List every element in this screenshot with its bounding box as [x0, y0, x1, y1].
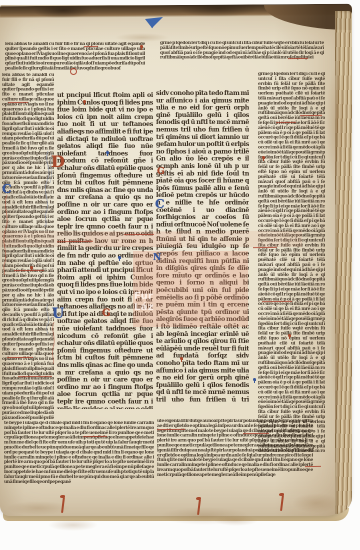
parchment-stain: [48, 519, 98, 531]
rubric-mark: [124, 234, 154, 236]
paraph-mark: [118, 256, 121, 259]
decorated-initial: C: [155, 198, 165, 210]
paraph-mark: [106, 151, 109, 154]
paraph-mark: [83, 100, 86, 103]
decorated-initial: G: [157, 168, 165, 177]
rubric-mark: [84, 46, 98, 47]
rubric-mark: [276, 122, 296, 124]
decorated-initial: N: [153, 254, 161, 263]
rubric-mark: [18, 376, 52, 378]
manuscript-page: lem abbas te amaldi cū fuir fili e fir n…: [0, 5, 352, 516]
rubric-circle-mark: [70, 68, 77, 75]
parchment-stain: [6, 501, 70, 515]
parchment-stain: [330, 255, 346, 415]
parchment-stain: [292, 493, 340, 513]
rubric-mark: [305, 466, 321, 467]
rubric-mark: [57, 241, 93, 243]
paraph-mark: [288, 334, 291, 337]
rubric-mark: [262, 301, 292, 303]
decorated-initial: C: [2, 183, 12, 195]
paraph-mark: [253, 378, 256, 381]
rubric-mark: [7, 357, 33, 359]
paraph-mark: [262, 156, 265, 159]
decorated-initial: G: [102, 309, 111, 319]
rubric-mark: [300, 115, 322, 117]
parchment-stain: [115, 33, 169, 42]
rubric-mark: [288, 58, 308, 60]
rubric-mark: [253, 247, 277, 249]
paraph-mark: [30, 266, 33, 269]
decorated-initial: U: [52, 307, 64, 321]
parchment-stain: [326, 65, 346, 185]
manuscript-photo: lem abbas te amaldi cū fuir fili e fir n…: [0, 0, 360, 550]
tail-stem: [280, 495, 283, 511]
rubric-mark: [243, 433, 269, 435]
decorated-initial: D: [51, 154, 65, 170]
red-tail-mark: [279, 493, 286, 512]
paraph-mark: [180, 357, 183, 360]
rubric-mark: [83, 436, 107, 438]
rubric-mark: [8, 102, 28, 104]
paraph-mark: [140, 45, 143, 48]
rubric-mark: [157, 429, 185, 431]
parchment-stain: [214, 515, 258, 526]
rubric-mark: [14, 270, 44, 272]
decoration-layer: DCGCNUG: [0, 5, 352, 516]
